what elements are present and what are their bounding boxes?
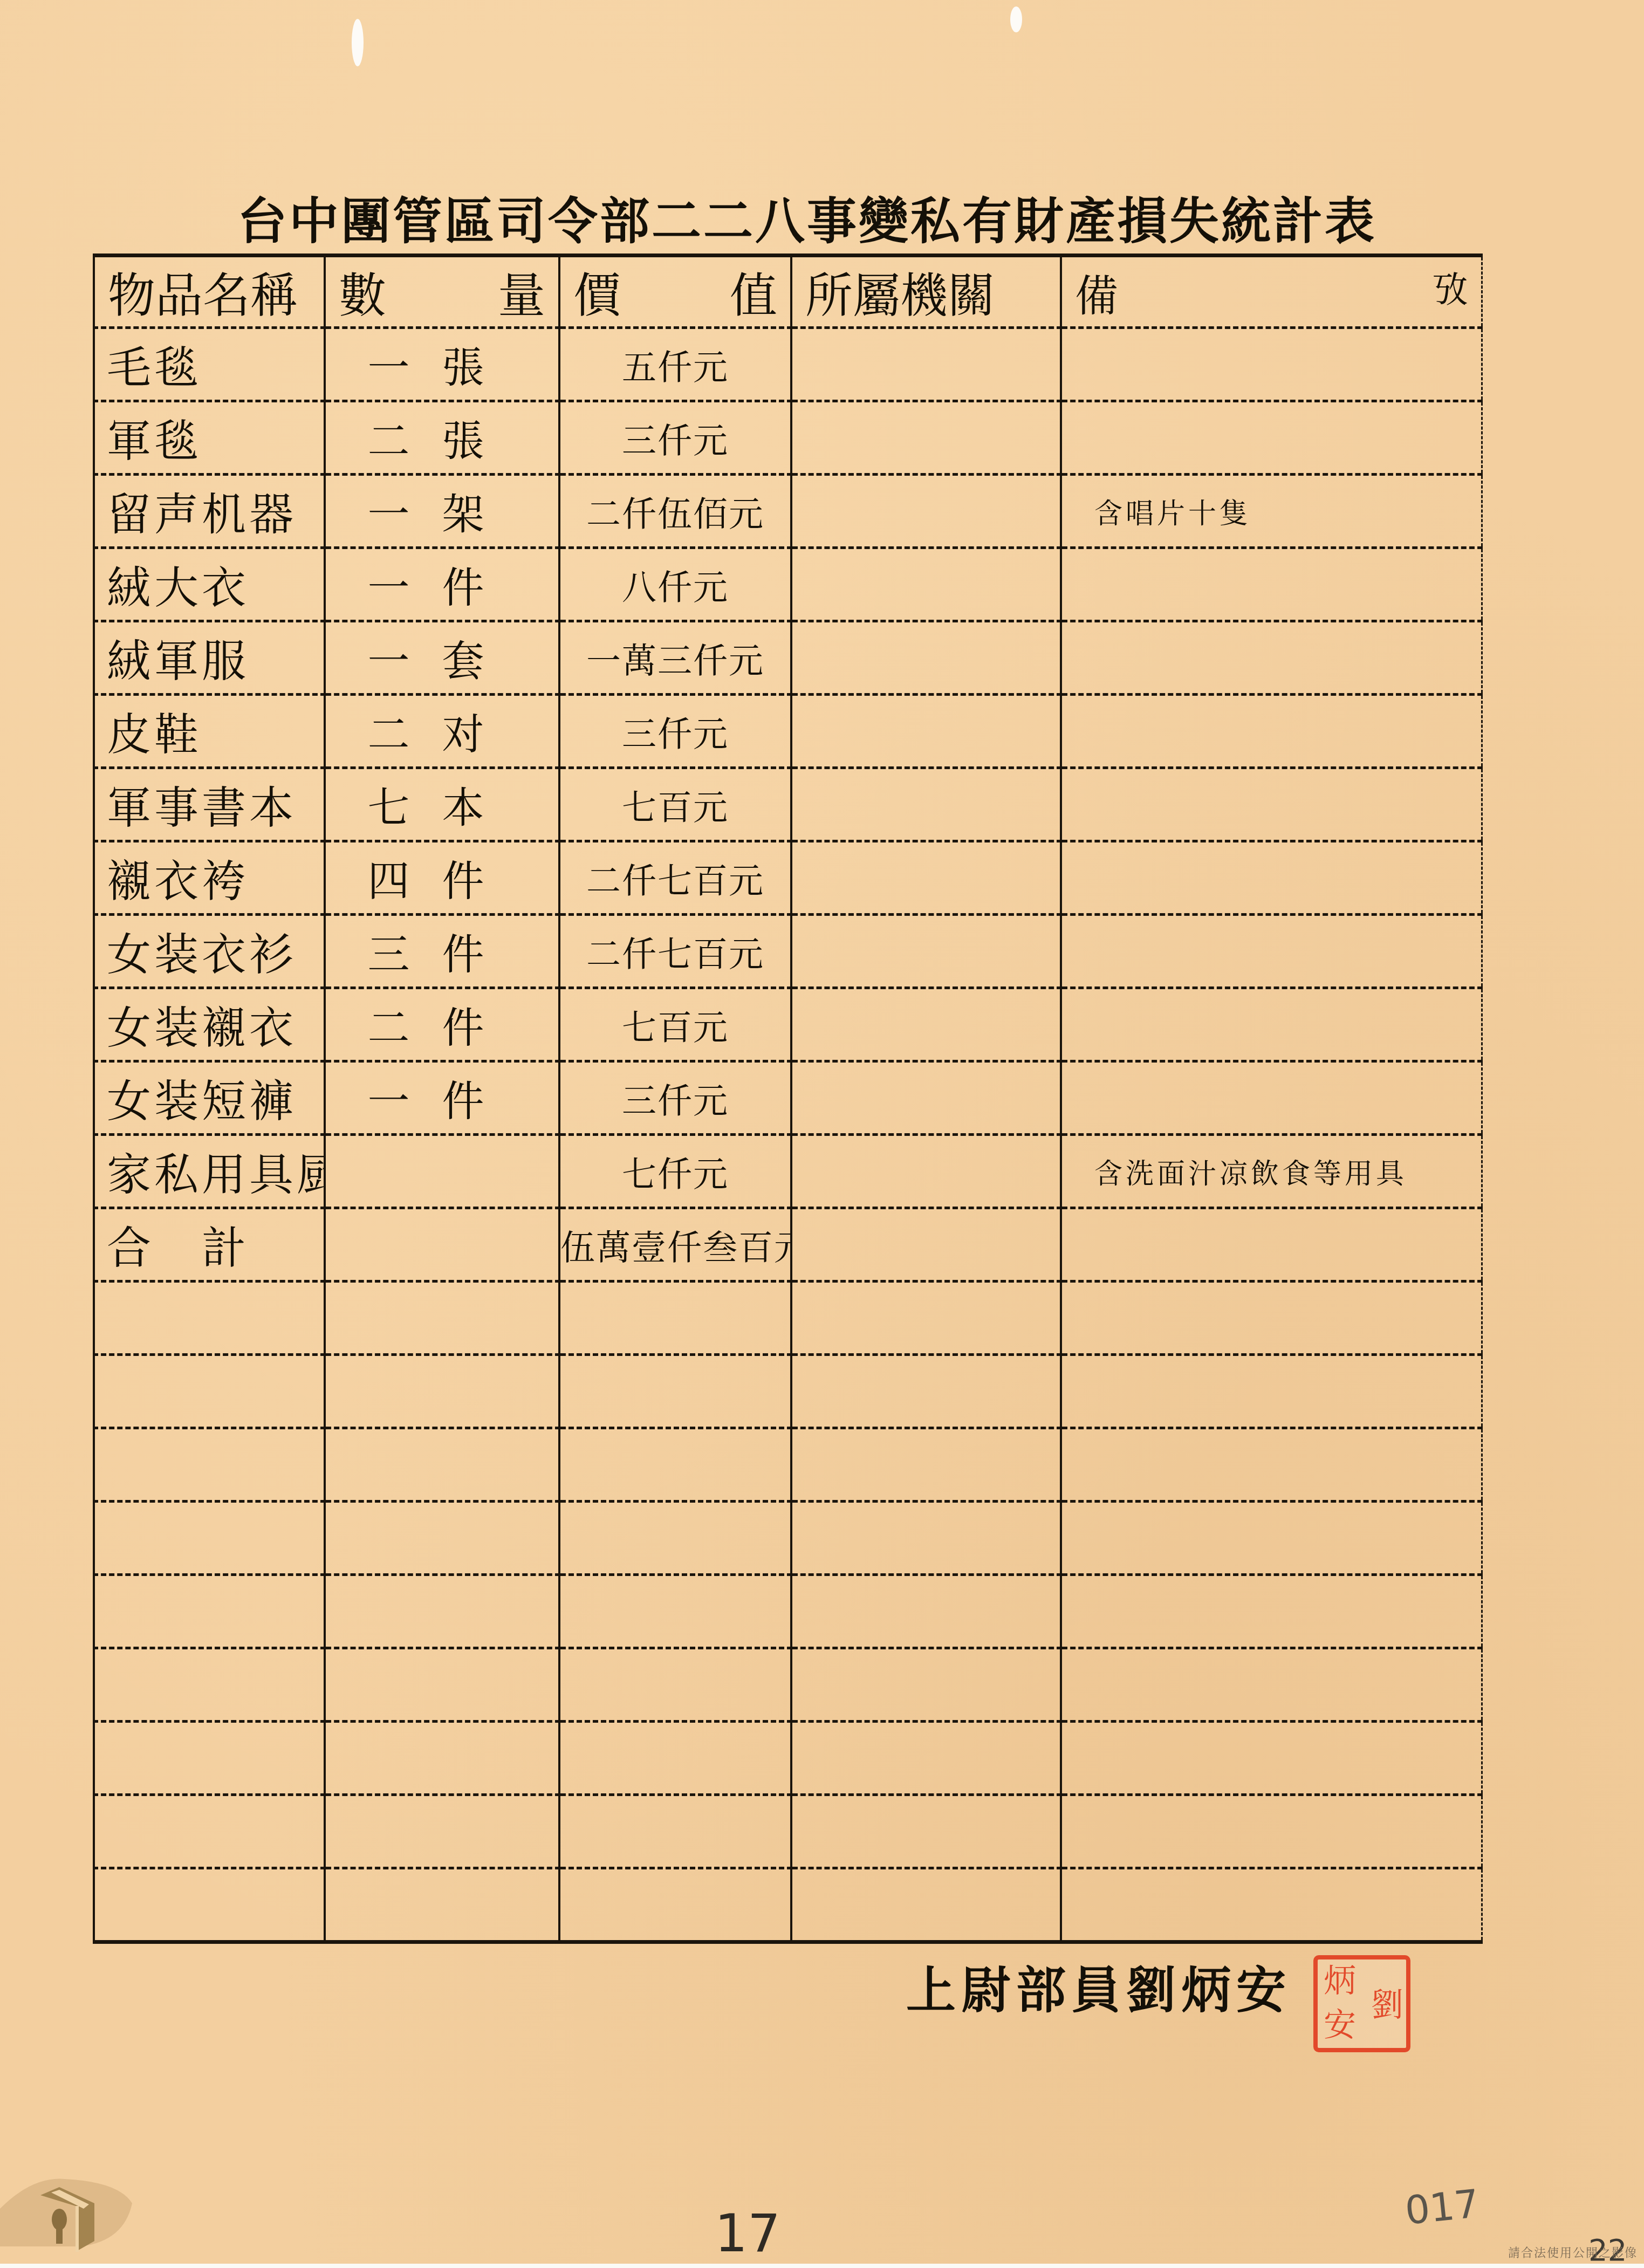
cell-value: 七百元 (559, 768, 791, 841)
cell-item-name: 襯衣袴 (94, 841, 325, 915)
cell-value: 二仟七百元 (559, 915, 791, 988)
loss-statistics-table: 物品名稱 數量 價值 所屬機關 備攷 毛毯一張五仟元軍毯二張三仟元留声机器一架二… (93, 253, 1483, 1944)
table-row: 家私用具厨具七仟元含洗面汁凉飲食等用具 (94, 1135, 1482, 1208)
cell-organization (791, 621, 1061, 695)
cell-remarks: 含唱片十隻 (1061, 475, 1482, 548)
empty-table-row (94, 1428, 1482, 1502)
cell-remarks (1061, 1061, 1482, 1135)
header-remarks: 備攷 (1061, 256, 1482, 328)
cell-organization (791, 1648, 1061, 1722)
cell-remarks (1061, 1428, 1482, 1502)
header-value: 價值 (559, 256, 791, 328)
cell-quantity (325, 1502, 559, 1575)
empty-table-row (94, 1722, 1482, 1795)
cell-quantity: 一套 (325, 621, 559, 695)
cell-item-name: 女装襯衣 (94, 988, 325, 1061)
cell-quantity (325, 1868, 559, 1942)
cell-item-name: 皮鞋 (94, 695, 325, 768)
cell-remarks (1061, 841, 1482, 915)
punch-hole-left (352, 19, 364, 66)
cell-remarks (1061, 1208, 1482, 1282)
cell-organization (791, 401, 1061, 475)
cell-quantity (325, 1722, 559, 1795)
cell-value (559, 1868, 791, 1942)
cell-item-name: 軍毯 (94, 401, 325, 475)
table-row: 女装短褲一件三仟元 (94, 1061, 1482, 1135)
cell-remarks (1061, 548, 1482, 621)
cell-value (559, 1795, 791, 1868)
cell-remarks (1061, 768, 1482, 841)
cell-organization (791, 548, 1061, 621)
cell-item-name: 毛毯 (94, 328, 325, 401)
table-row: 皮鞋二对三仟元 (94, 695, 1482, 768)
cell-value (559, 1502, 791, 1575)
cell-item-name: 絨軍服 (94, 621, 325, 695)
cell-value: 五仟元 (559, 328, 791, 401)
cell-value: 三仟元 (559, 401, 791, 475)
cell-item-name: 女装衣衫 (94, 915, 325, 988)
cell-quantity (325, 1355, 559, 1428)
cell-item-name (94, 1722, 325, 1795)
cell-item-name (94, 1502, 325, 1575)
cell-organization (791, 841, 1061, 915)
cell-value: 三仟元 (559, 695, 791, 768)
cell-value: 七百元 (559, 988, 791, 1061)
cell-value: 七仟元 (559, 1135, 791, 1208)
empty-table-row (94, 1795, 1482, 1868)
cell-quantity (325, 1135, 559, 1208)
cell-remarks (1061, 1355, 1482, 1428)
cell-remarks (1061, 328, 1482, 401)
cell-organization (791, 988, 1061, 1061)
cell-remarks (1061, 621, 1482, 695)
punch-hole-right (1010, 6, 1022, 32)
cell-remarks (1061, 1282, 1482, 1355)
cell-organization (791, 1061, 1061, 1135)
cell-value (559, 1355, 791, 1428)
seal-char: 劉 (1362, 1959, 1406, 2048)
cell-item-name: 留声机器 (94, 475, 325, 548)
cell-remarks (1061, 1502, 1482, 1575)
empty-table-row (94, 1282, 1482, 1355)
cell-quantity (325, 1428, 559, 1502)
cell-item-name: 女装短褲 (94, 1061, 325, 1135)
empty-table-row (94, 1648, 1482, 1722)
cell-value (559, 1428, 791, 1502)
table-row: 合 計伍萬壹仟叁百元 (94, 1208, 1482, 1282)
cell-item-name (94, 1575, 325, 1648)
document-title: 台中團管區司令部二二八事變私有財產損失統計表 (237, 186, 1262, 256)
cell-remarks (1061, 988, 1482, 1061)
cell-item-name (94, 1282, 325, 1355)
cell-organization (791, 1722, 1061, 1795)
cell-organization (791, 328, 1061, 401)
archive-book-keyhole-logo-icon (0, 2166, 132, 2257)
table-row: 女装衣衫三件二仟七百元 (94, 915, 1482, 988)
cell-item-name (94, 1795, 325, 1868)
cell-item-name (94, 1648, 325, 1722)
cell-organization (791, 1575, 1061, 1648)
seal-char: 安 (1318, 2004, 1362, 2048)
cell-quantity: 一件 (325, 548, 559, 621)
cell-remarks (1061, 695, 1482, 768)
cell-item-name (94, 1355, 325, 1428)
cell-remarks (1061, 1575, 1482, 1648)
cell-organization (791, 475, 1061, 548)
cell-organization (791, 1795, 1061, 1868)
header-organization: 所屬機關 (791, 256, 1061, 328)
cell-quantity: 二件 (325, 988, 559, 1061)
table-row: 襯衣袴四件二仟七百元 (94, 841, 1482, 915)
table-row: 女装襯衣二件七百元 (94, 988, 1482, 1061)
cell-quantity (325, 1795, 559, 1868)
cell-value (559, 1282, 791, 1355)
cell-organization (791, 768, 1061, 841)
table-row: 絨大衣一件八仟元 (94, 548, 1482, 621)
cell-remarks (1061, 1795, 1482, 1868)
empty-table-row (94, 1575, 1482, 1648)
cell-quantity (325, 1648, 559, 1722)
cell-quantity (325, 1282, 559, 1355)
signature-text: 上尉部員劉炳安 (906, 1952, 1291, 2028)
cell-quantity: 二張 (325, 401, 559, 475)
cell-organization (791, 915, 1061, 988)
table-row: 毛毯一張五仟元 (94, 328, 1482, 401)
cell-organization (791, 1868, 1061, 1942)
cell-remarks: 含洗面汁凉飲食等用具 (1061, 1135, 1482, 1208)
cell-quantity (325, 1208, 559, 1282)
cell-quantity: 一架 (325, 475, 559, 548)
header-item-name: 物品名稱 (94, 256, 325, 328)
table-row: 留声机器一架二仟伍佰元含唱片十隻 (94, 475, 1482, 548)
cell-item-name (94, 1868, 325, 1942)
cell-quantity: 三件 (325, 915, 559, 988)
cell-item-name: 家私用具厨具 (94, 1135, 325, 1208)
cell-quantity: 四件 (325, 841, 559, 915)
cell-organization (791, 1208, 1061, 1282)
empty-table-row (94, 1502, 1482, 1575)
cell-item-name: 絨大衣 (94, 548, 325, 621)
cell-organization (791, 695, 1061, 768)
cell-organization (791, 1282, 1061, 1355)
red-seal-stamp: 炳 劉 安 (1313, 1955, 1410, 2052)
cell-value: 三仟元 (559, 1061, 791, 1135)
cell-organization (791, 1502, 1061, 1575)
cell-organization (791, 1355, 1061, 1428)
cell-remarks (1061, 1722, 1482, 1795)
cell-organization (791, 1428, 1061, 1502)
cell-value: 二仟伍佰元 (559, 475, 791, 548)
table-row: 軍事書本七本七百元 (94, 768, 1482, 841)
page-number: 17 (715, 2203, 780, 2264)
cell-quantity: 一件 (325, 1061, 559, 1135)
cell-value (559, 1575, 791, 1648)
cell-value: 八仟元 (559, 548, 791, 621)
cell-remarks (1061, 915, 1482, 988)
cell-quantity: 七本 (325, 768, 559, 841)
cell-quantity: 一張 (325, 328, 559, 401)
cell-remarks (1061, 1648, 1482, 1722)
empty-table-row (94, 1355, 1482, 1428)
cell-remarks (1061, 1868, 1482, 1942)
table-row: 軍毯二張三仟元 (94, 401, 1482, 475)
cell-value: 伍萬壹仟叁百元 (559, 1208, 791, 1282)
header-quantity: 數量 (325, 256, 559, 328)
cell-item-name (94, 1428, 325, 1502)
seal-char: 炳 (1318, 1959, 1362, 2004)
folio-number: 017 (1403, 2181, 1481, 2233)
cell-quantity (325, 1575, 559, 1648)
cell-value (559, 1648, 791, 1722)
cell-value (559, 1722, 791, 1795)
usage-watermark: 請合法使用公開之影像 (1508, 2244, 1638, 2260)
cell-organization (791, 1135, 1061, 1208)
cell-item-name: 合 計 (94, 1208, 325, 1282)
cell-item-name: 軍事書本 (94, 768, 325, 841)
table-header-row: 物品名稱 數量 價值 所屬機關 備攷 (94, 256, 1482, 328)
cell-remarks (1061, 401, 1482, 475)
cell-value: 二仟七百元 (559, 841, 791, 915)
cell-quantity: 二对 (325, 695, 559, 768)
table-row: 絨軍服一套一萬三仟元 (94, 621, 1482, 695)
empty-table-row (94, 1868, 1482, 1942)
scan-edge (0, 2264, 1644, 2268)
cell-value: 一萬三仟元 (559, 621, 791, 695)
